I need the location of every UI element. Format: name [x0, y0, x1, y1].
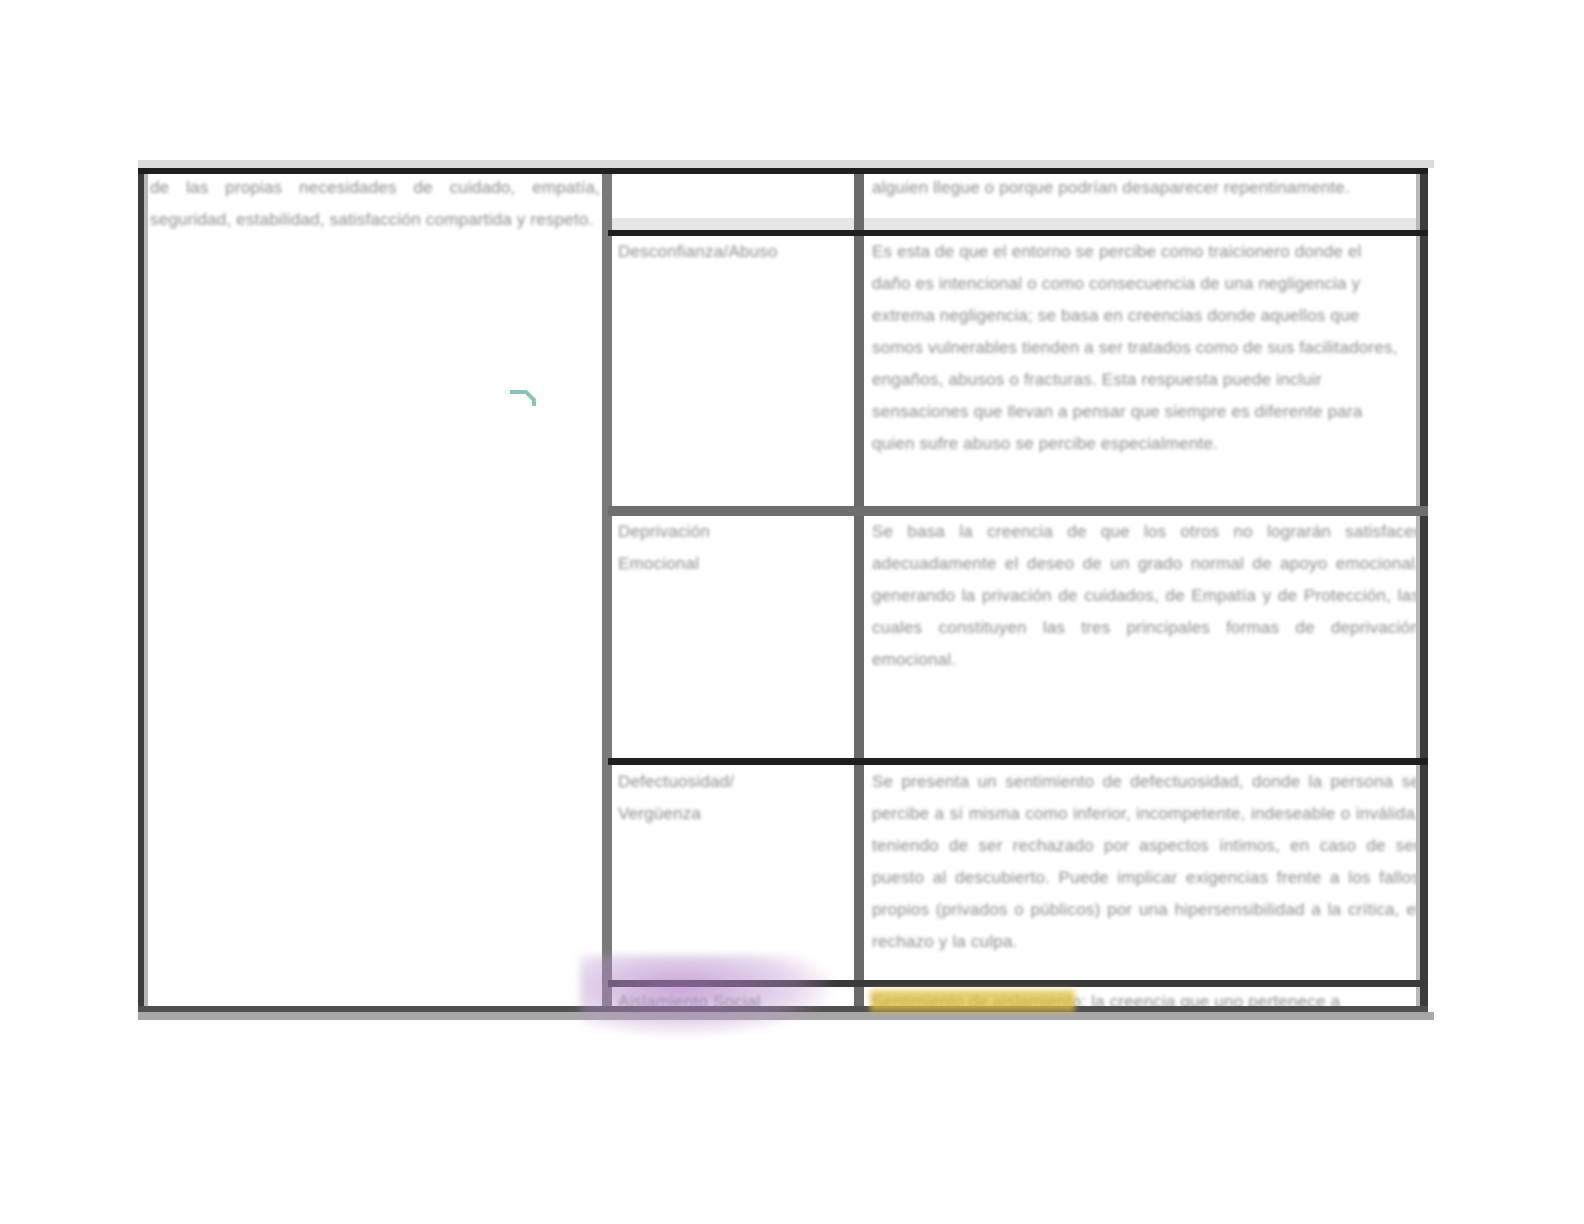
- table-border-right: [1420, 168, 1428, 1012]
- row-0-name: [618, 172, 848, 228]
- text-highlight-yellow: [870, 990, 1075, 1012]
- row-1-description: Es esta de que el entorno se percibe com…: [872, 236, 1402, 508]
- column-divider-2: [854, 168, 864, 1012]
- table-border-right-inner: [1416, 168, 1420, 1012]
- row-divider-3: [608, 758, 1428, 765]
- left-column-text: de las propias necesidades de cuidado, e…: [150, 172, 600, 268]
- column-divider-1: [602, 168, 612, 1012]
- row-1-name: Desconfianza/Abuso: [618, 236, 858, 276]
- row-0-description: alguien llegue o porque podrían desapare…: [872, 172, 1420, 228]
- row-3-name: Defectuosidad/ Vergüenza: [618, 766, 788, 836]
- table-border-top: [138, 168, 1428, 174]
- row-2-description: Se basa la creencia de que los otros no …: [872, 516, 1420, 756]
- schema-table: de las propias necesidades de cuidado, e…: [138, 168, 1428, 1012]
- page-top-edge: [138, 160, 1434, 168]
- row-3-description: Se presenta un sentimiento de defectuosi…: [872, 766, 1420, 980]
- row-divider-2: [608, 506, 1428, 516]
- annotation-scribble-purple: [580, 955, 830, 1035]
- annotation-mark-teal: [508, 388, 538, 408]
- row-divider-1: [608, 230, 1428, 236]
- table-border-left-inner: [144, 168, 148, 1012]
- row-2-name: Deprivación Emocional: [618, 516, 758, 586]
